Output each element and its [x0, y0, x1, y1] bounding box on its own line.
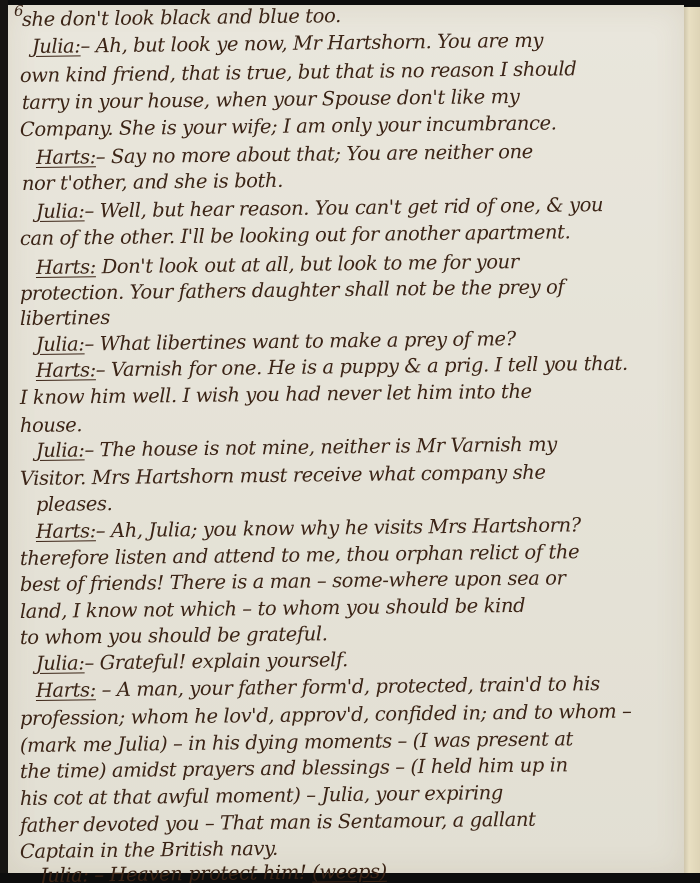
- stage-direction: (weeps): [312, 860, 387, 883]
- line-text: pleases.: [36, 492, 113, 516]
- text-line: she don't look black and blue too.: [22, 4, 341, 31]
- line-text: libertines: [20, 306, 110, 330]
- speaker-name: Julia:: [36, 199, 85, 223]
- text-line: house.: [20, 413, 82, 437]
- text-line: pleases.: [36, 492, 113, 516]
- speaker-name: Julia:: [36, 651, 85, 675]
- line-text: nor t'other, and she is both.: [22, 169, 283, 195]
- speaker-name: Julia:: [36, 438, 85, 462]
- text-line: to whom you should be grateful.: [20, 622, 328, 649]
- text-line: libertines: [20, 306, 110, 330]
- line-text: Captain in the British navy.: [20, 837, 278, 863]
- line-text: – Heaven protect him!: [88, 861, 312, 883]
- speaker-name: Harts:: [36, 358, 96, 382]
- line-text: house.: [20, 413, 82, 437]
- speaker-name: Harts:: [36, 255, 96, 279]
- line-text: – Grateful! explain yourself.: [84, 648, 348, 674]
- text-line: nor t'other, and she is both.: [22, 169, 283, 195]
- speaker-name: Harts:: [36, 145, 96, 169]
- line-text: she don't look black and blue too.: [22, 4, 341, 31]
- speaker-name: Julia:: [36, 332, 85, 356]
- speaker-name: Julia:: [32, 34, 81, 58]
- scan-border-left: [0, 0, 8, 883]
- dialogue-line: Julia: – Heaven protect him! (weeps): [40, 860, 387, 883]
- dialogue-line: Julia:– Grateful! explain yourself.: [36, 648, 348, 675]
- speaker-name: Julia:: [40, 863, 89, 883]
- speaker-name: Harts:: [36, 678, 96, 702]
- line-text: to whom you should be grateful.: [20, 622, 328, 649]
- text-line: Captain in the British navy.: [20, 837, 278, 863]
- speaker-name: Harts:: [36, 519, 96, 543]
- page-edge-gutter: [683, 7, 700, 873]
